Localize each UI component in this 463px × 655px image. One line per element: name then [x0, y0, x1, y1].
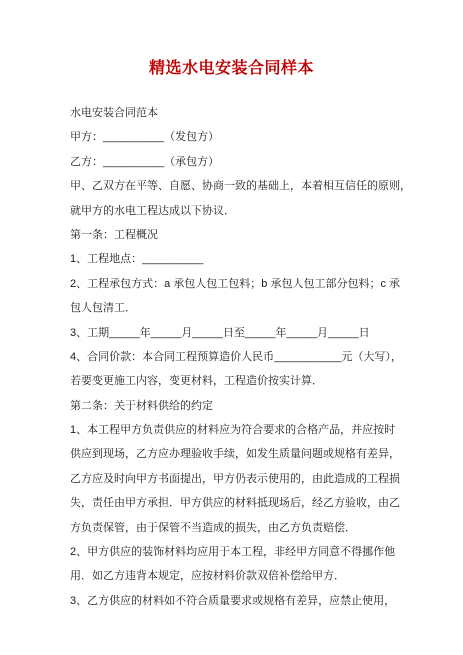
document-line: 2、甲方供应的装饰材料均应用于本工程，非经甲方同意不得挪作他	[70, 540, 407, 564]
document-line: 就甲方的水电工程达成以下协议．	[70, 199, 407, 223]
document-line: 1、本工程甲方负责供应的材料应为符合要求的合格产品，并应按时	[70, 418, 407, 442]
document-line-subtitle: 水电安装合同范本	[70, 101, 407, 125]
document-line: 2、工程承包方式：a 承包人包工包料；b 承包人包工部分包料；c 承	[70, 272, 407, 296]
document-line: 用．如乙方违背本规定，应按材料价款双倍补偿给甲方．	[70, 564, 407, 588]
document-body: 水电安装合同范本 甲方：__________（发包方） 乙方：_________…	[70, 101, 407, 613]
document-line: 若要变更施工内容，变更材料，工程造价按实计算．	[70, 369, 407, 393]
document-line-party-b: 乙方：__________（承包方）	[70, 150, 407, 174]
document-line: 甲、乙双方在平等、自愿、协商一致的基础上，本着相互信任的原则，	[70, 174, 407, 198]
document-line: 3、乙方供应的材料如不符合质量要求或规格有差异，应禁止使用，	[70, 589, 407, 613]
document-line: 1、工程地点：__________	[70, 247, 407, 271]
document-line: 4、合同价款：本合同工程预算造价人民币___________元（大写），	[70, 345, 407, 369]
document-line: 包人包清工．	[70, 296, 407, 320]
document-line-party-a: 甲方：__________（发包方）	[70, 125, 407, 149]
document-title: 精选水电安装合同样本	[0, 58, 463, 80]
document-line: 失，责任由甲方承担．甲方供应的材料抵现场后，经乙方验收，由乙	[70, 491, 407, 515]
document-line: 方负责保管，由于保管不当造成的损失，由乙方负责赔偿．	[70, 516, 407, 540]
document-line-article-2: 第二条：关于材料供给的约定	[70, 394, 407, 418]
document-page: 精选水电安装合同样本 水电安装合同范本 甲方：__________（发包方） 乙…	[0, 0, 463, 655]
document-line: 3、工期_____年_____月_____日至_____年_____月_____…	[70, 321, 407, 345]
document-line-article-1: 第一条：工程概况	[70, 223, 407, 247]
document-line: 供应到现场，乙方应办理验收手续，如发生质量问题或规格有差异，	[70, 442, 407, 466]
document-line: 乙方应及时向甲方书面提出，甲方仍表示使用的，由此造成的工程损	[70, 467, 407, 491]
